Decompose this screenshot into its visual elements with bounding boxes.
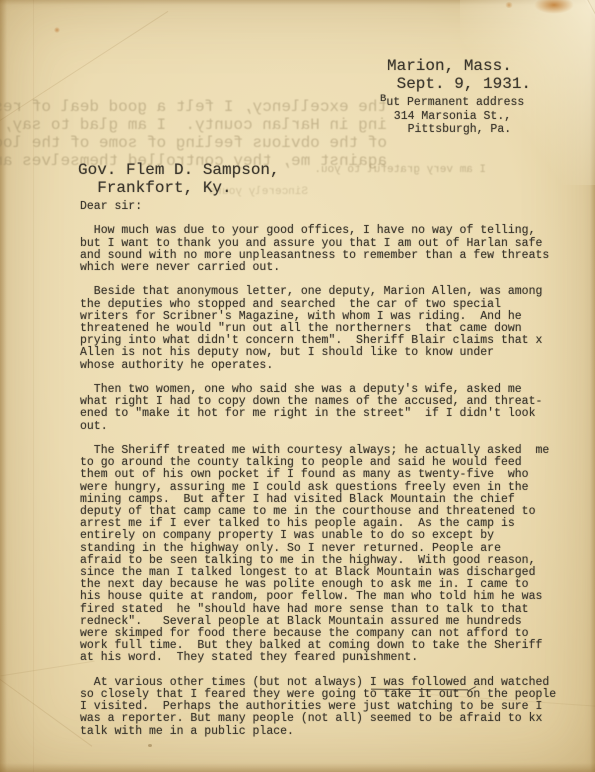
recipient-address: Gov. Flem D. Sampson, Frankfort, Ky. [78,161,280,197]
paragraph: Beside that anonymous letter, one deputy… [80,286,585,371]
salutation: Dear sir: [80,201,585,213]
permanent-address-line: But Permanent address [380,96,524,110]
stain [54,27,60,33]
bleedthrough-paragraph: the excellency, I felt a good deal of re… [55,98,387,170]
letter-page: the excellency, I felt a good deal of re… [0,0,595,772]
paragraph: Then two women, one who said she was a d… [80,384,585,433]
handwritten-underline-annotation [371,678,468,691]
crease-line [0,678,92,746]
superscript-letter: B [380,93,386,105]
paragraph: The Sheriff treated me with courtesy alw… [80,445,585,665]
bleedthrough-gratitude-line: I am very grateful to you. [308,164,486,176]
permanent-address: But Permanent address 314 Marsonia St., … [380,96,524,137]
permanent-address-text: ut Permanent address [386,96,524,109]
stain [505,2,513,8]
dateline: Marion, Mass. Sept. 9, 1931. [387,57,531,93]
permanent-address-line: Pittsburgh, Pa. [380,123,524,136]
paragraphs-container: How much was due to your good offices, I… [80,225,585,737]
permanent-address-line: 314 Marsonia St., [380,110,524,123]
letter-body: Dear sir: How much was due to your good … [80,201,585,750]
paragraph: How much was due to your good offices, I… [80,225,585,274]
paragraph: At various other times (but not always) … [80,677,585,738]
